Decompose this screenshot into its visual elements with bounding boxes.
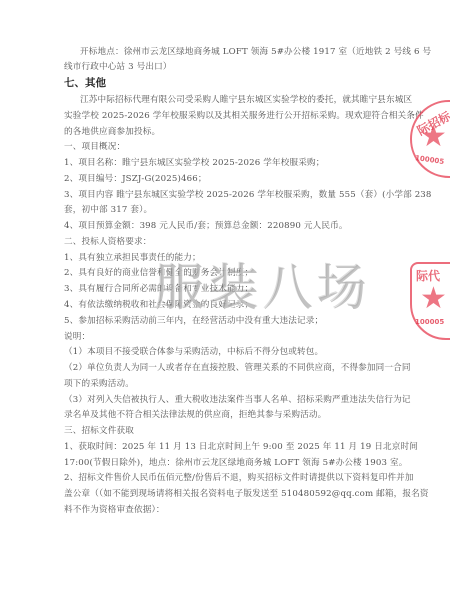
company-seal-stamp-2: 际代 ★ 100005: [410, 262, 450, 340]
document-line: 1、具有独立承担民事责任的能力；: [64, 253, 394, 264]
section-heading-other: 七、其他: [64, 77, 106, 90]
document-line: 的各地供应商参加投标。: [64, 127, 394, 138]
document-line: 1、项目名称：睢宁县东城区实验学校 2025-2026 学年校服采购；: [64, 158, 394, 169]
star-icon: ★: [420, 284, 447, 314]
stamp-text: 际代: [416, 267, 440, 284]
document-line: 4、项目预算金额：398 元人民币/套；预算总金额：220890 元人民币。: [64, 221, 394, 232]
document-line: 说明：: [64, 332, 394, 343]
stamp-code: 100005: [415, 318, 444, 326]
document-line: 套，初中部 317 套）。: [64, 205, 394, 216]
document-line: 3、项目内容 睢宁县东城区实验学校 2025-2026 学年校服采购，数量 55…: [64, 190, 394, 201]
document-line: 开标地点：徐州市云龙区绿地商务城 LOFT 领海 5#办公楼 1917 室（近地…: [80, 47, 410, 58]
document-page: 七、其他 开标地点：徐州市云龙区绿地商务城 LOFT 领海 5#办公楼 1917…: [0, 0, 450, 600]
document-line: 2、招标文件售价人民币伍佰元整/份售后不退，购买招标文件时请提供以下资料复印件并…: [64, 473, 394, 484]
document-line: 5、参加招标采购活动前三年内，在经营活动中没有重大违法记录；: [64, 316, 394, 327]
document-line: （3）对列入失信被执行人、重大税收违法案件当事人名单、招标采购严重违法失信行为记: [64, 395, 394, 406]
document-line: 三、招标文件获取: [64, 426, 394, 437]
star-icon: ★: [420, 122, 447, 152]
document-line: 一、项目概况：: [64, 142, 394, 153]
document-line: 2、具有良好的商业信誉和健全的财务会计制度；: [64, 268, 394, 279]
document-line: 江苏中际招标代理有限公司受采购人睢宁县东城区实验学校的委托，就其睢宁县东城区: [80, 95, 410, 106]
document-line: 3、具有履行合同所必需的设备和专业技术能力；: [64, 284, 394, 295]
stamp-code: 100005: [415, 154, 445, 166]
document-line: 项下的采购活动。: [64, 379, 394, 390]
document-line: 17:00(节假日除外)，地点：徐州市云龙区绿地商务城 LOFT 领海 5#办公…: [64, 458, 394, 469]
document-line: 线市行政中心站 3 号出口）: [64, 62, 394, 73]
document-line: 录名单及其他不符合相关法律法规的供应商，拒绝其参与采购活动。: [64, 410, 394, 421]
document-line: 实验学校 2025-2026 学年校服采购以及其相关服务进行公开招标采购。现欢迎…: [64, 111, 394, 122]
document-line: （1）本项目不接受联合体参与采购活动，中标后不得分包或转包。: [64, 347, 394, 358]
document-line: 1、获取时间：2025 年 11 月 13 日北京时间上午 9:00 至 202…: [64, 442, 394, 453]
document-line: 二、投标人资格要求：: [64, 237, 394, 248]
document-line: 料不作为资格审查依据）：: [64, 505, 394, 516]
document-line: 盖公章（（如不能到现场请将相关报名资料电子版发送至 510480592@qq.c…: [64, 489, 394, 500]
document-line: （2）单位负责人为同一人或者存在直接控股、管理关系的不同供应商，不得参加同一合同: [64, 363, 394, 374]
document-line: 4、有依法缴纳税收和社会保障资金的良好记录；: [64, 300, 394, 311]
document-line: 2、项目编号：JSZJ-G(2025)466；: [64, 174, 394, 185]
